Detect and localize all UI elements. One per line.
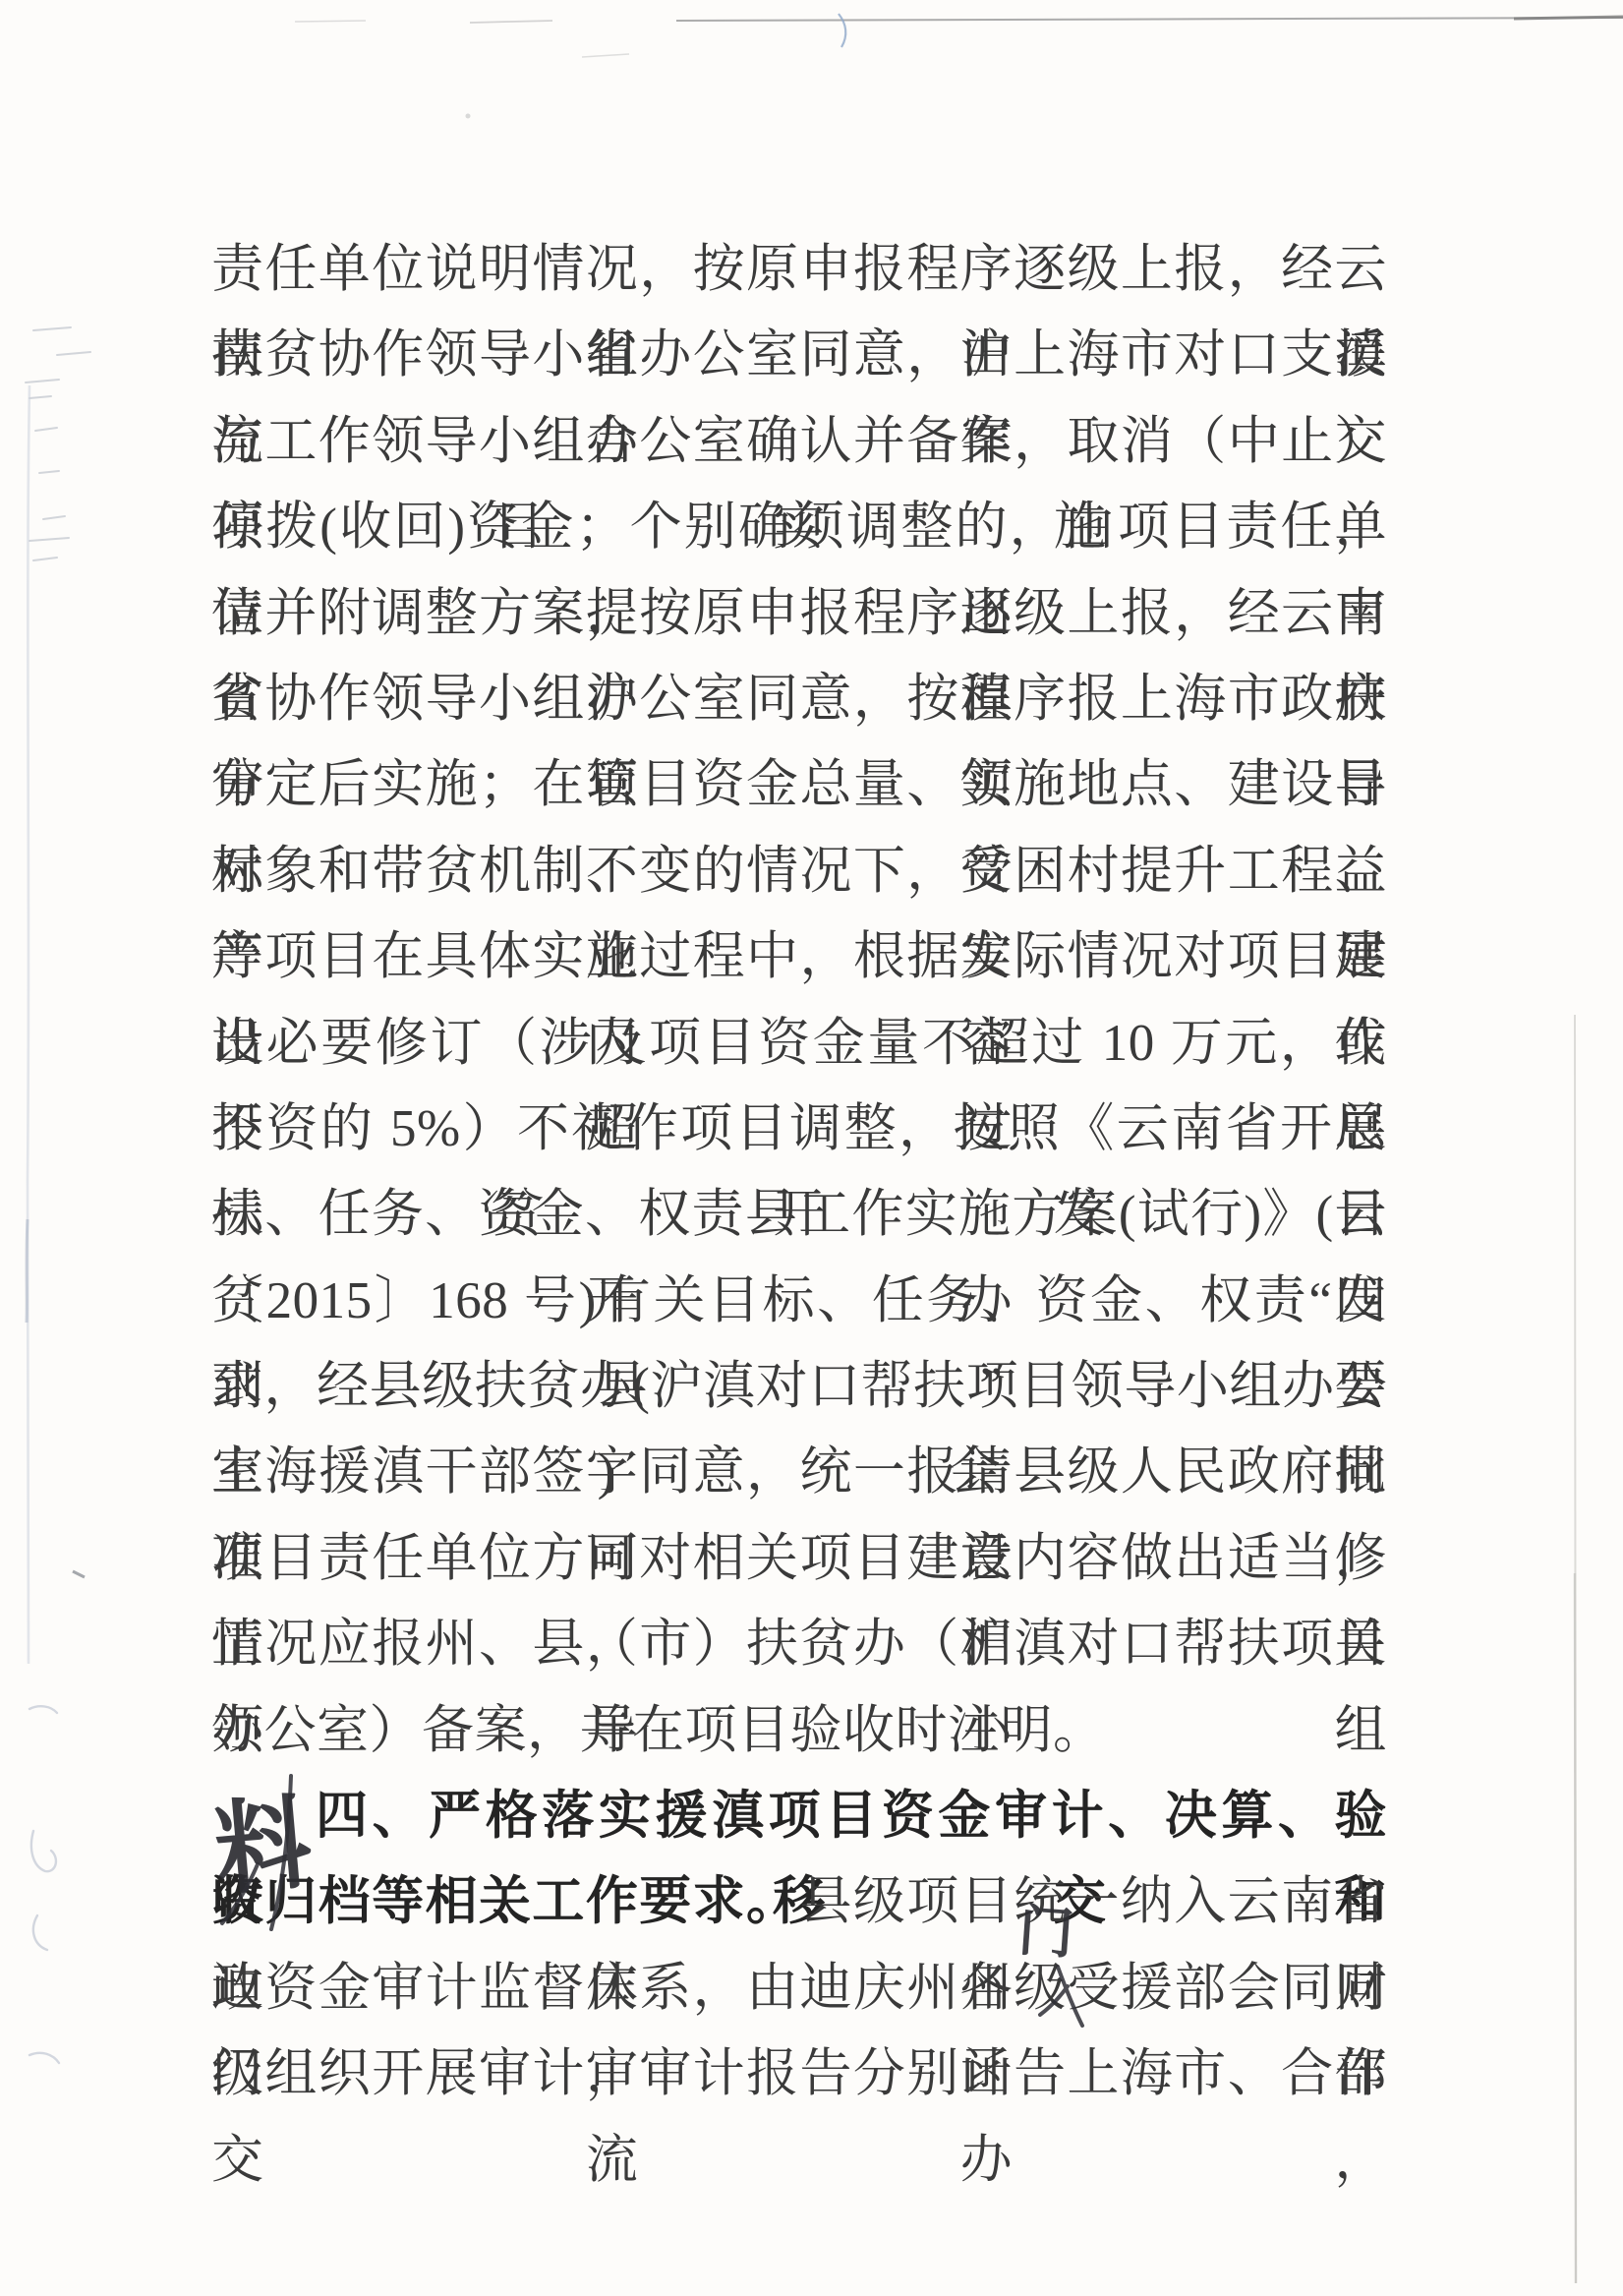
left-edge-binder-line-dark-segment xyxy=(27,1219,28,1323)
section-heading-line: 四、严格落实援滇项目资金审计、决算、验收、移交和 xyxy=(211,1774,1387,1859)
text-line-20: 资归档等相关工作要求。县级项目统一纳入云南省迪庆州财 xyxy=(211,1859,1387,1945)
left-margin-smudges xyxy=(29,1706,59,2063)
text-line-6: 贫协作领导小组办公室同意，按程序报上海市政府分管领导 xyxy=(211,657,1387,742)
text-line-3: 流工作领导小组办公室确认并备案，取消（中止）项目实施， xyxy=(211,399,1387,485)
left-edge-binder-line xyxy=(28,385,29,1664)
text-line-2: 扶贫协作领导小组办公室同意，由上海市对口支援与合作交 xyxy=(211,313,1387,398)
scan-edge-line-right xyxy=(1575,1015,1576,2283)
text-line-16: 项目责任单位方可对相关项目建设内容做出适当修正，相关 xyxy=(211,1516,1387,1602)
scan-edge-line-top xyxy=(295,14,1623,119)
text-line-21: 政资金审计监督体系，由迪庆州各级受援部会同同级审计部 xyxy=(211,1946,1387,2031)
text-line-12: 标、任务、资金、权责县工作实施方案(试行)》(云贫开办发 xyxy=(211,1172,1387,1258)
text-line-7: 审定后实施；在项目资金总量、实施地点、建设目标、受益 xyxy=(211,742,1387,828)
text-line-14: 求，经县级扶贫办(沪滇对口帮扶项目领导小组办公室)会同 xyxy=(211,1344,1387,1430)
heading-continuation-bold: 资归档等相关工作要求。 xyxy=(211,1873,799,1930)
text-line-1: 责任单位说明情况，按原申报程序逐级上报，经云南省沪滇 xyxy=(211,227,1387,313)
text-line-4: 停拨(收回)资金；个别确须调整的，由项目责任单位提出申 xyxy=(211,485,1387,570)
text-line-11: 投资的 5%）不视作项目调整，按照《云南省开展扶贫开发目 xyxy=(211,1087,1387,1172)
left-margin-artifacts xyxy=(26,327,90,560)
text-line-10: 出必要修订（涉及项目资金量不超过 10 万元，或不超过总 xyxy=(211,1001,1387,1087)
text-line-15: 上海援滇干部签字同意，统一报请县级人民政府批准同意， xyxy=(211,1430,1387,1515)
document-text-block: 责任单位说明情况，按原申报程序逐级上报，经云南省沪滇 扶贫协作领导小组办公室同意… xyxy=(211,227,1387,2118)
scanned-document-page: 责任单位说明情况，按原申报程序逐级上报，经云南省沪滇 扶贫协作领导小组办公室同意… xyxy=(0,0,1623,2296)
left-margin-dark-tick xyxy=(73,1571,85,1577)
text-line-5: 请并附调整方案，按原申报程序逐级上报，经云南省沪滇扶 xyxy=(211,571,1387,657)
text-line-13: 〔2015〕168 号)有关目标、任务、资金、权责“四到县”要 xyxy=(211,1259,1387,1344)
text-line-17: 情况应报州、县（市）扶贫办（沪滇对口帮扶项目领导小组 xyxy=(211,1602,1387,1687)
blue-fleck xyxy=(839,14,845,47)
text-line-8: 对象和带贫机制不变的情况下，贫困村提升工程、产业发展 xyxy=(211,829,1387,914)
text-line-9: 等项目在具体实施过程中，根据实际情况对项目建设内容作 xyxy=(211,914,1387,1000)
text-line-22: 门组织开展审计，审计报告分别函告上海市、合作交流办， xyxy=(211,2031,1387,2117)
